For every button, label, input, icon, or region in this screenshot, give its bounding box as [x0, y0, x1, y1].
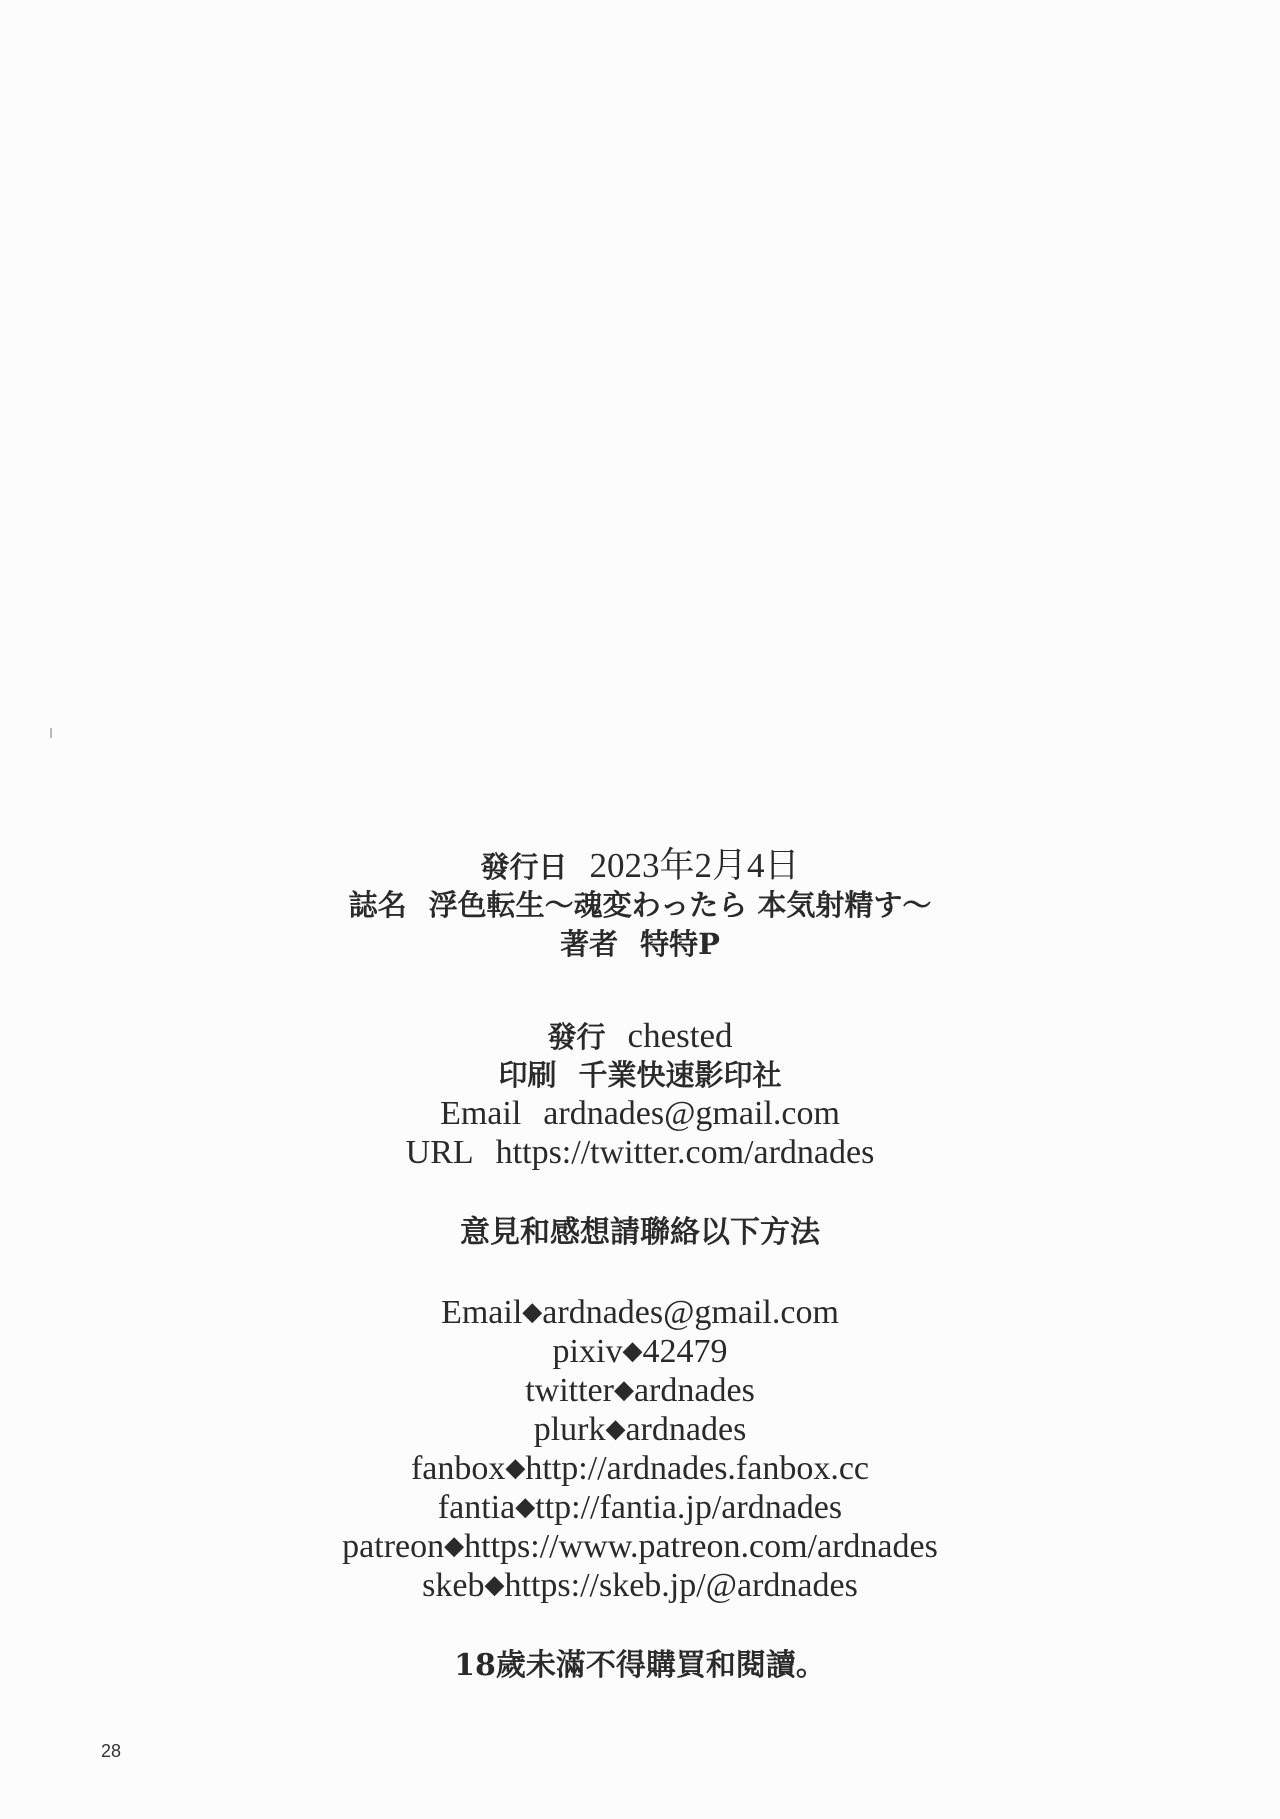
author-label: 著者 — [560, 927, 618, 961]
contact-link-email: Email◆ardnades@gmail.com — [0, 1293, 1280, 1332]
contact-service-label: pixiv — [553, 1333, 623, 1370]
diamond-separator-icon: ◆ — [622, 1336, 642, 1366]
diamond-separator-icon: ◆ — [444, 1531, 464, 1561]
publisher-line: 發行chested — [0, 1016, 1280, 1055]
age-notice-block: 18歲未滿不得購買和閱讀。 — [0, 1646, 1280, 1685]
publication-date-line: 發行日2023年2月4日 — [0, 846, 1280, 885]
contact-link-fanbox: fanbox◆http://ardnades.fanbox.cc — [0, 1449, 1280, 1488]
contact-link-fantia: fantia◆ttp://fantia.jp/ardnades — [0, 1488, 1280, 1527]
publication-date-value: 2023年2月4日 — [590, 846, 800, 885]
contact-service-label: fantia — [438, 1489, 515, 1526]
contact-service-label: skeb — [422, 1567, 484, 1604]
contact-value: ttp://fantia.jp/ardnades — [535, 1489, 842, 1526]
contact-service-label: fanbox — [411, 1450, 505, 1487]
contact-value: ardnades — [625, 1411, 746, 1448]
contact-value: ardnades — [634, 1372, 755, 1409]
diamond-separator-icon: ◆ — [515, 1492, 535, 1522]
email-value: ardnades@gmail.com — [543, 1095, 840, 1132]
diamond-separator-icon: ◆ — [605, 1414, 625, 1444]
page-number: 28 — [101, 1741, 121, 1762]
email-label: Email — [440, 1095, 521, 1132]
contact-link-patreon: patreon◆https://www.patreon.com/ardnades — [0, 1527, 1280, 1566]
contact-link-pixiv: pixiv◆42479 — [0, 1332, 1280, 1371]
publisher-info-block: 發行chested 印刷千業快速影印社 Emailardnades@gmail.… — [0, 1016, 1280, 1172]
printer-label: 印刷 — [498, 1058, 556, 1092]
title-value: 浮色転生～魂変わったら 本気射精す～ — [429, 888, 932, 922]
author-line: 著者特特P — [0, 924, 1280, 963]
author-value: 特特P — [640, 927, 720, 961]
publisher-label: 發行 — [548, 1020, 606, 1054]
url-value: https://twitter.com/ardnades — [496, 1134, 875, 1171]
diamond-separator-icon: ◆ — [505, 1453, 525, 1483]
contact-service-label: Email — [441, 1294, 522, 1331]
contact-service-label: twitter — [525, 1372, 614, 1409]
contact-link-twitter: twitter◆ardnades — [0, 1371, 1280, 1410]
contact-service-label: plurk — [534, 1411, 606, 1448]
diamond-separator-icon: ◆ — [522, 1297, 542, 1327]
contact-value: 42479 — [642, 1333, 727, 1370]
diamond-separator-icon: ◆ — [614, 1375, 634, 1405]
email-line: Emailardnades@gmail.com — [0, 1094, 1280, 1133]
contact-value: https://www.patreon.com/ardnades — [464, 1528, 938, 1565]
contact-service-label: patreon — [342, 1528, 444, 1565]
title-line: 誌名浮色転生～魂変わったら 本気射精す～ — [0, 885, 1280, 924]
contact-link-skeb: skeb◆https://skeb.jp/@ardnades — [0, 1566, 1280, 1605]
contact-value: ardnades@gmail.com — [542, 1294, 839, 1331]
printer-value: 千業快速影印社 — [579, 1058, 782, 1092]
publication-info-block: 發行日2023年2月4日 誌名浮色転生～魂変わったら 本気射精す～ 著者特特P — [0, 846, 1280, 963]
scan-speck — [50, 728, 52, 738]
url-line: URLhttps://twitter.com/ardnades — [0, 1133, 1280, 1172]
diamond-separator-icon: ◆ — [485, 1570, 505, 1600]
age-restriction-notice: 18歲未滿不得購買和閱讀。 — [0, 1646, 1280, 1685]
contact-links-block: Email◆ardnades@gmail.com pixiv◆42479 twi… — [0, 1293, 1280, 1605]
contact-value: http://ardnades.fanbox.cc — [525, 1450, 869, 1487]
contact-link-plurk: plurk◆ardnades — [0, 1410, 1280, 1449]
title-label: 誌名 — [349, 888, 407, 922]
contact-heading-block: 意見和感想請聯絡以下方法 — [0, 1213, 1280, 1252]
contact-heading: 意見和感想請聯絡以下方法 — [0, 1213, 1280, 1252]
printer-line: 印刷千業快速影印社 — [0, 1055, 1280, 1094]
url-label: URL — [406, 1134, 474, 1171]
publication-date-label: 發行日 — [480, 850, 567, 884]
contact-value: https://skeb.jp/@ardnades — [505, 1567, 858, 1604]
publisher-value: chested — [628, 1016, 733, 1055]
